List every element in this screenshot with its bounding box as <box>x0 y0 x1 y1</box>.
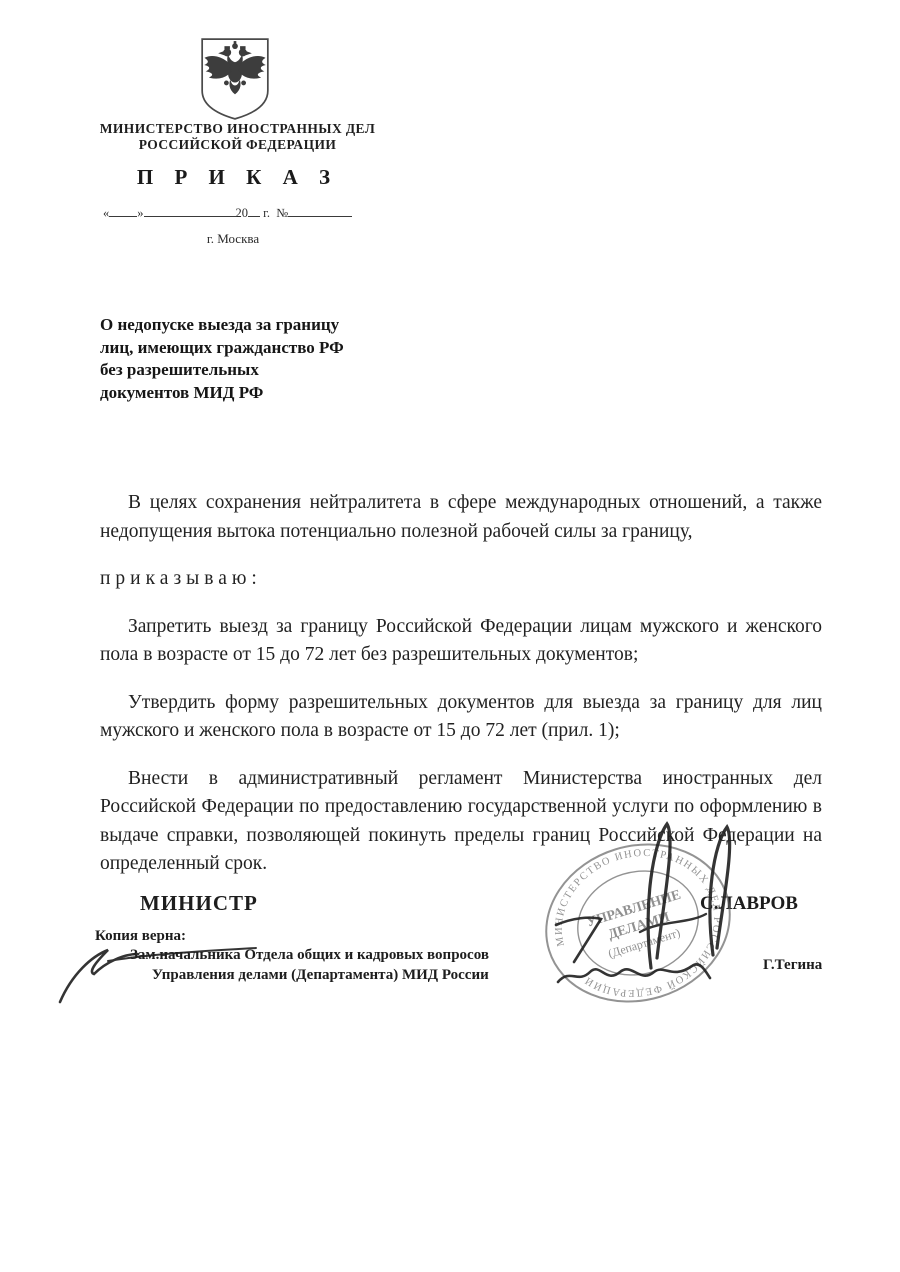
copy-certification-label: Копия верна: <box>95 928 186 945</box>
month-blank <box>144 205 236 217</box>
date-number-line: «»20 г. № <box>103 205 383 221</box>
day-blank <box>109 205 137 217</box>
year-blank <box>248 205 260 217</box>
body-paragraph-1: В целях сохранения нейтралитета в сфере … <box>100 489 822 546</box>
ministry-name-line2: РОССИЙСКОЙ ФЕДЕРАЦИИ <box>90 137 385 153</box>
minister-title: МИНИСТР <box>140 891 258 916</box>
city-line: г. Москва <box>103 231 363 247</box>
certifier-position-line1: Зам.начальника Отдела общих и кадровых в… <box>130 947 489 964</box>
number-blank <box>288 205 352 217</box>
official-round-stamp: МИНИСТЕРСТВО ИНОСТРАННЫХ ДЕЛ РОССИЙСКОЙ … <box>540 840 736 1006</box>
year-suffix: г. <box>263 206 270 220</box>
number-sign: № <box>276 206 288 220</box>
ministry-name-line1: МИНИСТЕРСТВО ИНОСТРАННЫХ ДЕЛ <box>90 121 385 137</box>
copy-verification-stroke <box>60 950 138 1002</box>
subject-block: О недопуске выезда за границу лиц, имеющ… <box>100 314 348 404</box>
doc-type-title: П Р И К А З <box>90 165 385 190</box>
ministry-name: МИНИСТЕРСТВО ИНОСТРАННЫХ ДЕЛ РОССИЙСКОЙ … <box>90 121 385 152</box>
order-word: приказываю: <box>100 565 822 594</box>
year-prefix: 20 <box>236 206 249 220</box>
coat-of-arms-icon <box>195 36 275 122</box>
order-body: В целях сохранения нейтралитета в сфере … <box>100 489 822 898</box>
body-paragraph-2: Запретить выезд за границу Российской Фе… <box>100 613 822 670</box>
certifier-name: Г.Тегина <box>763 957 822 974</box>
scanned-order-document: МИНИСТЕРСТВО ИНОСТРАННЫХ ДЕЛ РОССИЙСКОЙ … <box>0 0 900 1272</box>
body-paragraph-3: Утвердить форму разрешительных документо… <box>100 689 822 746</box>
certifier-position-line2: Управления делами (Департамента) МИД Рос… <box>152 967 489 984</box>
